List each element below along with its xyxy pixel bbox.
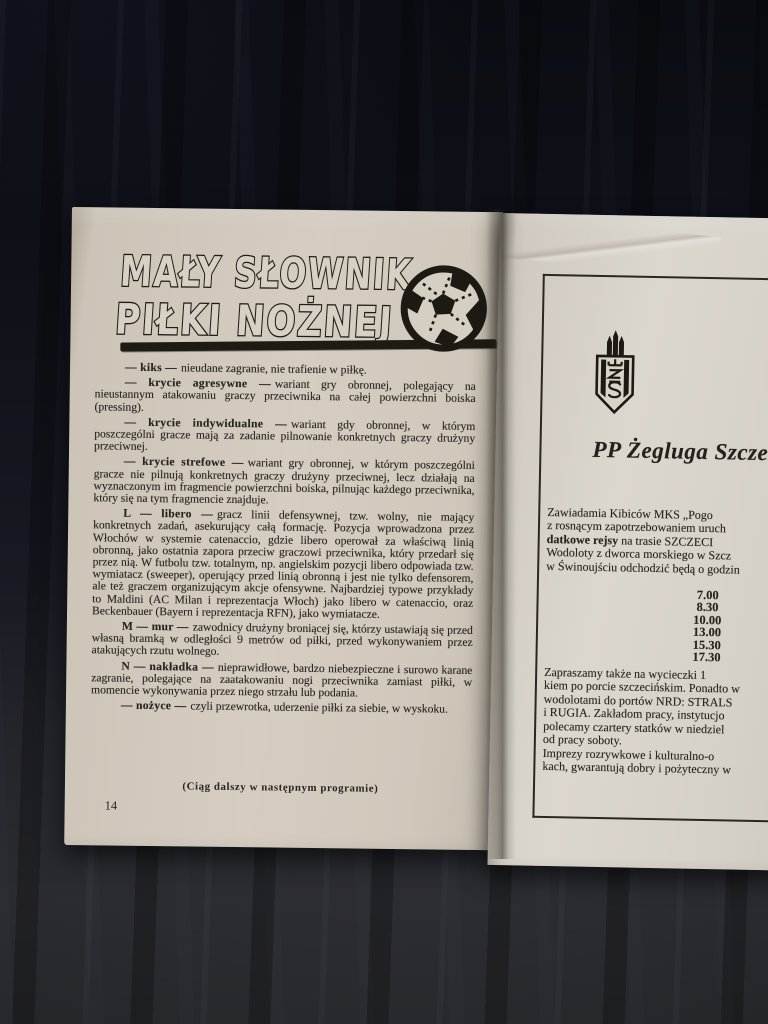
title-graffiti: MAŁY SŁOWNIK PIŁKI NOŻNEJ	[114, 244, 431, 350]
continuation-note: (Ciąg dalszy w następnym programie)	[90, 779, 471, 796]
entry-definition: czyli przewrotka, uderzenie piłki za sie…	[190, 700, 448, 716]
soccer-ball-icon	[399, 264, 488, 353]
company-title: PP Żegluga Szcze	[592, 437, 768, 466]
departure-time: 17.30	[641, 650, 768, 665]
dictionary-entry: — krycie strefowe —wariant gry obronnej,…	[93, 456, 475, 509]
dictionary-entry: L — libero —gracz linii defensywnej, tzw…	[92, 508, 474, 622]
dictionary-entries: — kiks —nieudane zagranie, nie trafienie…	[91, 358, 476, 719]
photo-stage: MAŁY SŁOWNIK PIŁKI NOŻNEJ	[0, 0, 768, 1024]
dictionary-entry: — nożyce —czyli przewrotka, uderzenie pi…	[91, 700, 472, 717]
entry-term: — nożyce —	[121, 699, 187, 713]
advert-paragraph-1: Zawiadamia Kibiców MKS „Pogo z rosnącym …	[546, 506, 741, 577]
booklet-spine-shadow	[486, 209, 516, 859]
dictionary-entry: — krycie agresywne —wariant gry obronnej…	[94, 376, 475, 417]
dictionary-entry: N — nakładka —nieprawidłowe, bardzo nieb…	[91, 660, 472, 701]
advert-paragraph-2: Zapraszamy także na wycieczki 1 kiem po …	[543, 666, 740, 750]
entry-term: — kiks —	[125, 361, 177, 375]
entry-definition: nieudane zagranie, nie trafienie w piłkę…	[181, 361, 367, 376]
booklet-right-page: PP Żegluga Szcze Zawiadamia Kibiców MKS …	[487, 213, 768, 871]
dictionary-entry: M — mur —zawodnicy drużyny broniącej się…	[92, 620, 473, 661]
page-number: 14	[105, 798, 118, 813]
booklet-left-page: MAŁY SŁOWNIK PIŁKI NOŻNEJ	[64, 207, 503, 850]
zegluga-szczecinska-logo-icon	[592, 329, 638, 422]
departure-times: 7.00 8.30 10.00 13.00 15.30 17.30	[641, 588, 768, 665]
dictionary-entry: — krycie indywidualne —wariant gdy obron…	[94, 416, 475, 457]
title-line-1: MAŁY SŁOWNIK	[119, 247, 414, 299]
advert-paragraph-3: Imprezy rozrywkowe i kulturalno-o kach, …	[542, 747, 731, 777]
entry-definition: gracz linii defensywnej, tzw. wolny, nie…	[92, 508, 474, 621]
title-line-2: PIŁKI NOŻNEJ	[114, 294, 395, 347]
